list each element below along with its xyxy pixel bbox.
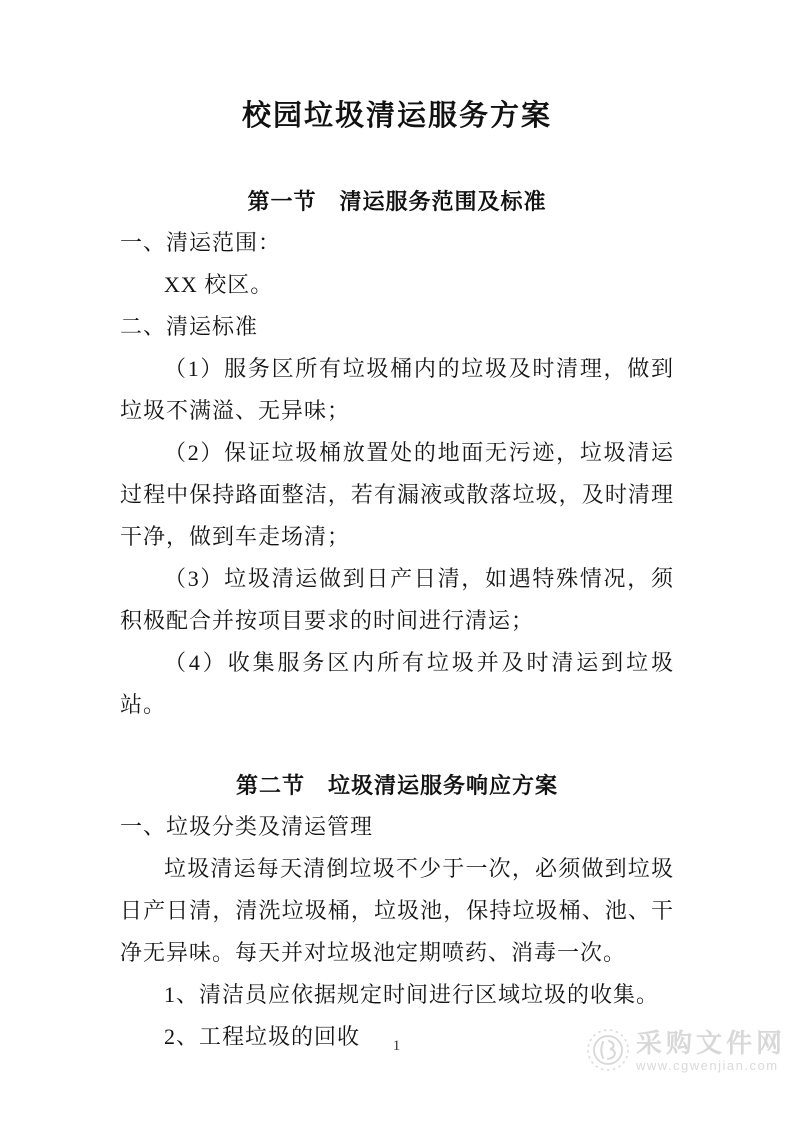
watermark-text: 采购文件网 www.cgwenjian.com (636, 1028, 786, 1074)
paragraph: （1）服务区所有垃圾桶内的垃圾及时清理，做到垃圾不满溢、无异味； (120, 348, 674, 432)
document-content: 校园垃圾清运服务方案 第一节 清运服务范围及标准 一、清运范围： XX 校区。 … (120, 0, 674, 1058)
watermark-site-url: www.cgwenjian.com (636, 1058, 786, 1074)
paragraph: 垃圾清运每天清倒垃圾不少于一次，必须做到垃圾日产日清，清洗垃圾桶，垃圾池，保持垃… (120, 848, 674, 974)
watermark: 采购文件网 www.cgwenjian.com (586, 1028, 786, 1074)
document-page: 校园垃圾清运服务方案 第一节 清运服务范围及标准 一、清运范围： XX 校区。 … (0, 0, 793, 1122)
paragraph: 一、清运范围： (120, 222, 674, 264)
paragraph: XX 校区。 (120, 264, 674, 306)
paragraph: 1、清洁员应依据规定时间进行区域垃圾的收集。 (120, 974, 674, 1016)
paragraph: （2）保证垃圾桶放置处的地面无污迹，垃圾清运过程中保持路面整洁，若有漏液或散落垃… (120, 432, 674, 558)
paragraph: 一、垃圾分类及清运管理 (120, 806, 674, 848)
document-title: 校园垃圾清运服务方案 (120, 97, 674, 135)
watermark-seal-icon (586, 1028, 630, 1072)
section-2-heading: 第二节 垃圾清运服务响应方案 (120, 771, 674, 801)
paragraph: 二、清运标准 (120, 306, 674, 348)
watermark-site-name: 采购文件网 (636, 1028, 786, 1058)
paragraph: （3）垃圾清运做到日产日清，如遇特殊情况，须积极配合并按项目要求的时间进行清运； (120, 558, 674, 642)
paragraph: （4）收集服务区内所有垃圾并及时清运到垃圾站。 (120, 642, 674, 726)
section-1-heading: 第一节 清运服务范围及标准 (120, 187, 674, 217)
